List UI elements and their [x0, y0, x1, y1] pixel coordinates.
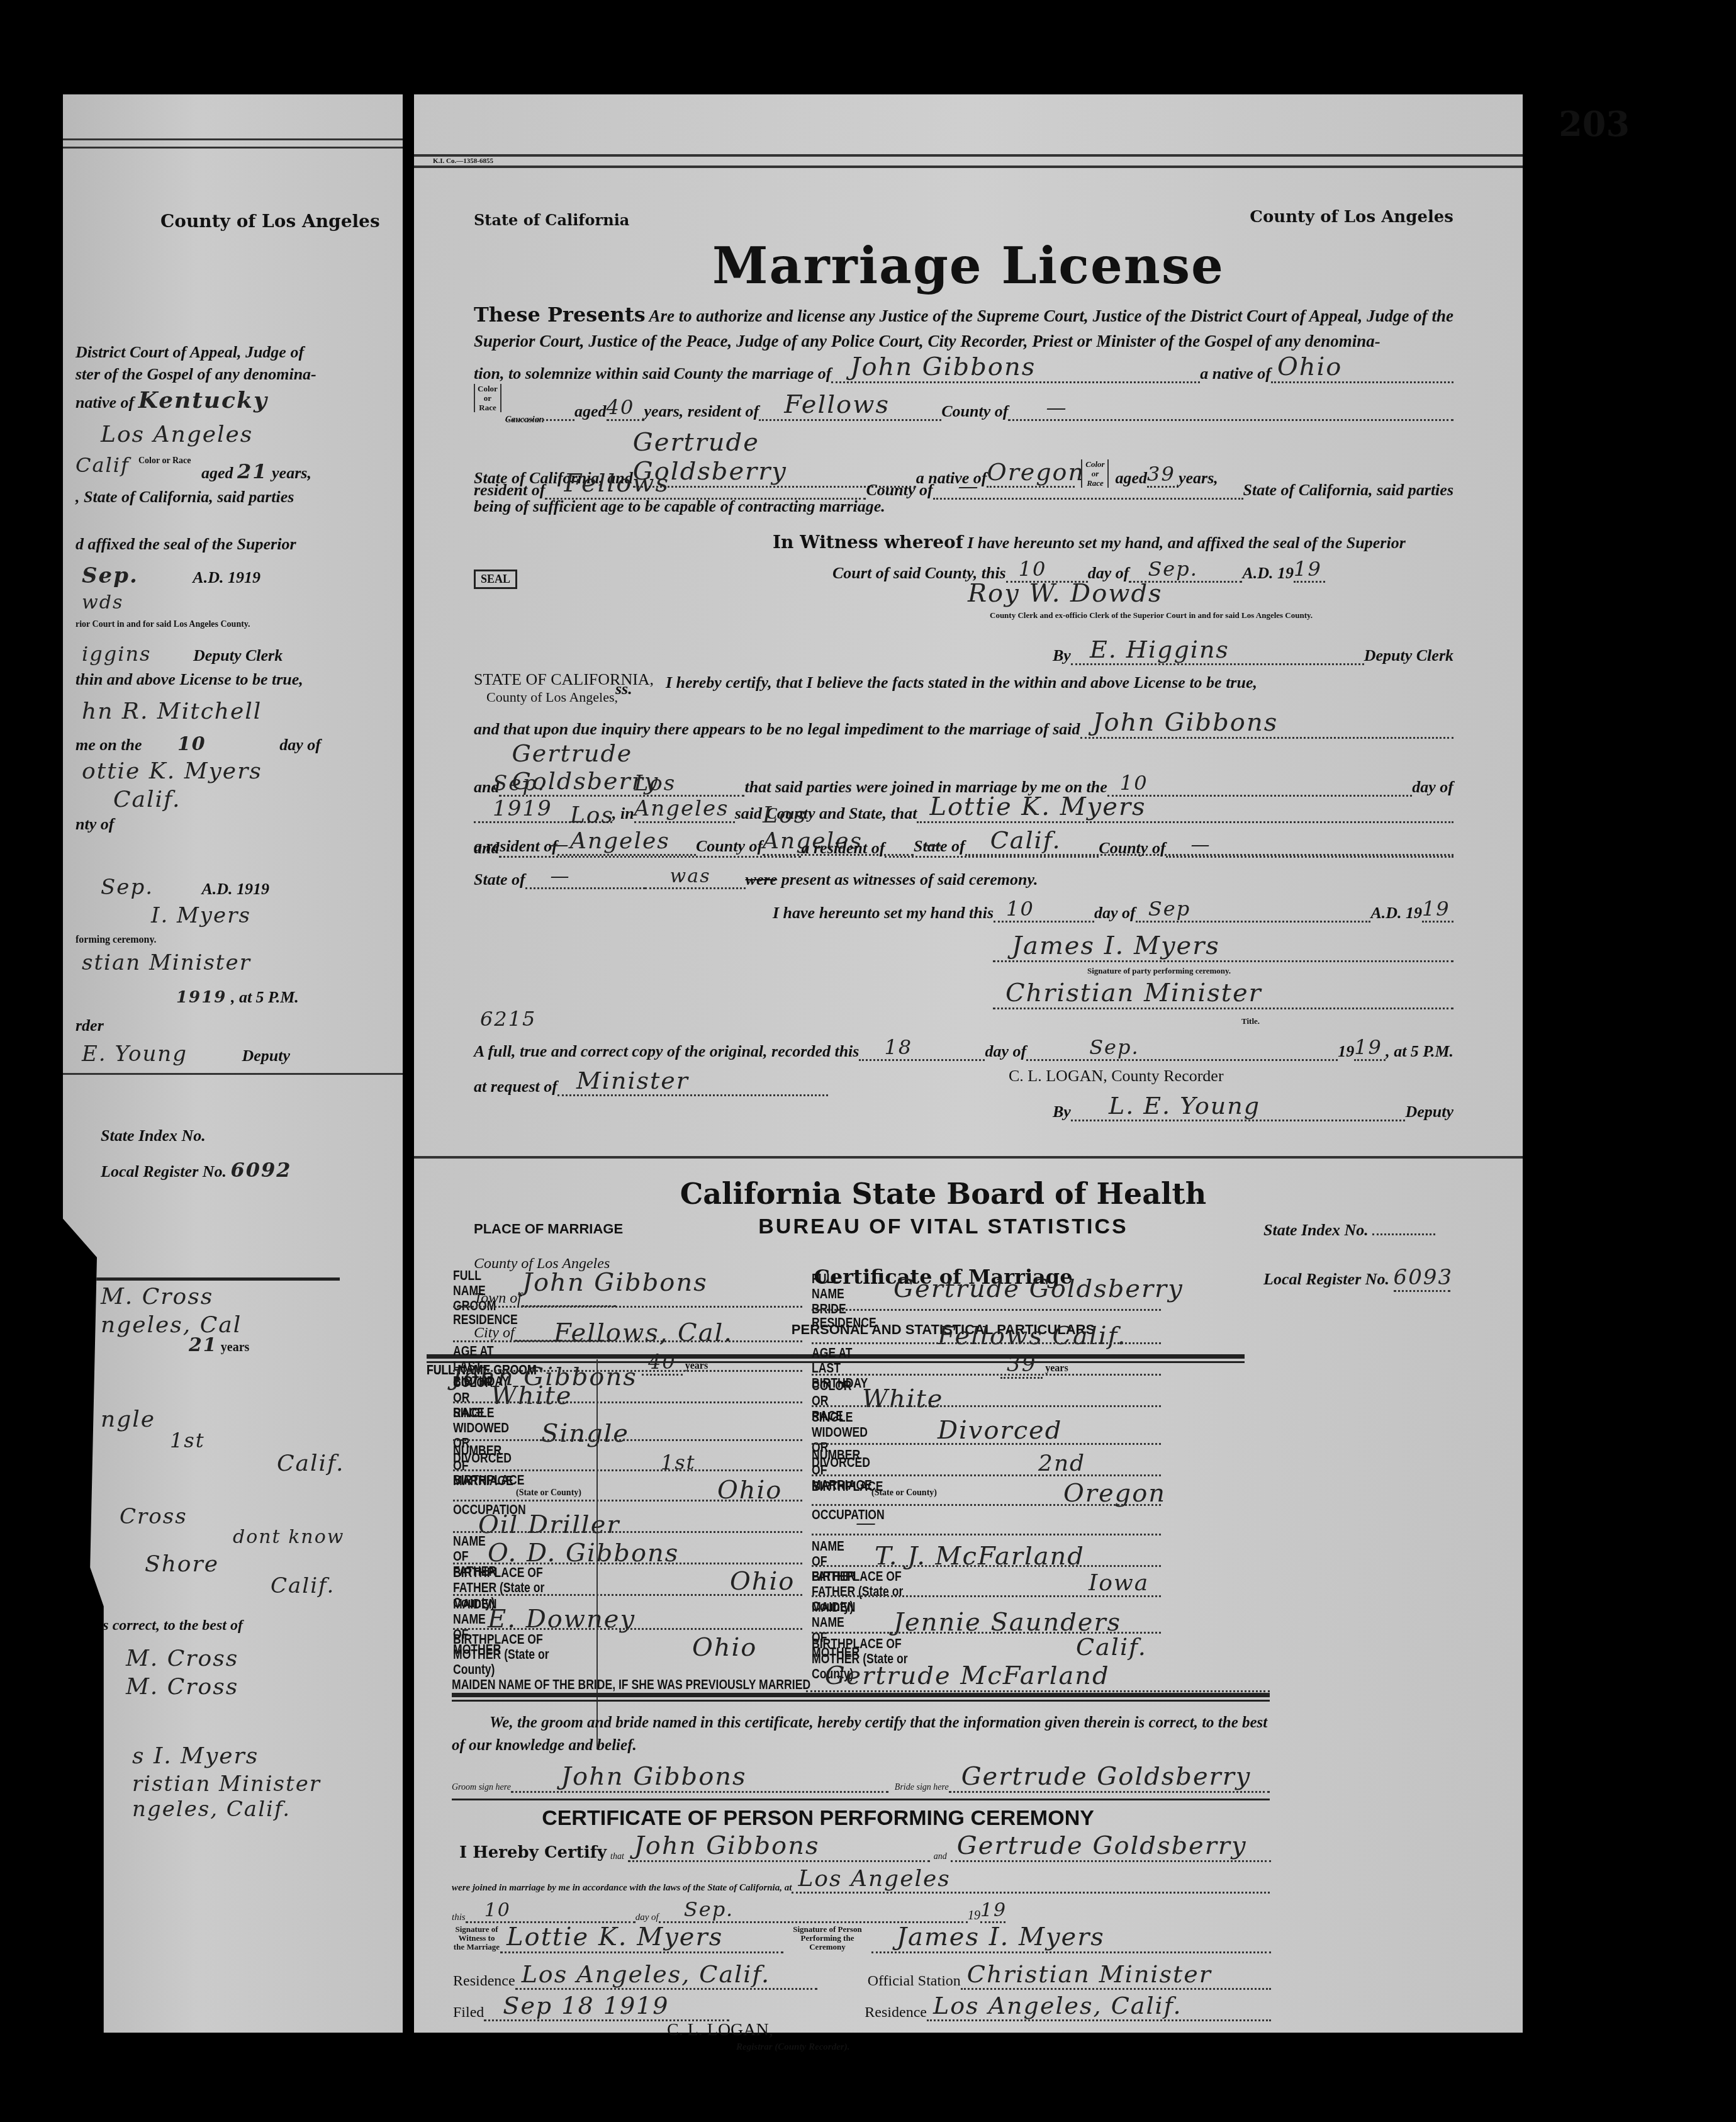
and-label-2: and	[474, 839, 499, 858]
hand-this-text: I have hereunto set my hand this	[773, 904, 994, 923]
filed-label: Filed	[453, 2004, 484, 2021]
local-register-label: Local Register No.	[1263, 1270, 1389, 1288]
recorded-time: , at 5 P.M.	[1386, 1042, 1453, 1061]
license-groom-age[interactable]: 40	[607, 395, 644, 421]
left-years-label: years,	[272, 464, 311, 482]
cer-year-prefix: 19	[968, 1909, 980, 1923]
seal-box: SEAL	[474, 570, 517, 589]
left-birthplace: Calif.	[277, 1451, 345, 1476]
left-aged-label: aged	[201, 464, 233, 482]
left-license-frag: thin and above License to be true,	[76, 670, 303, 689]
left-calif: Calif	[76, 453, 130, 477]
license-groom-native[interactable]: Ohio	[1271, 352, 1453, 383]
signatures-row: Signature of Witness to the Marriage Lot…	[453, 1923, 1271, 1953]
left-seal-frag: d affixed the seal of the Superior	[76, 535, 296, 554]
printer-mark: K.I. Co.—1358-6855	[433, 157, 493, 165]
certify-text: I hereby certify, that I believe the fac…	[666, 673, 1453, 692]
left-county-header: County of Los Angeles	[160, 211, 380, 232]
groom-sign-label: Groom sign here	[452, 1783, 511, 1793]
license-groom-county[interactable]: —	[1008, 395, 1453, 421]
groom-residence-lbl: RESIDENCE	[453, 1312, 518, 1327]
was-handwritten: was	[645, 865, 746, 889]
left-mother-birth: Calif.	[271, 1573, 335, 1598]
license-groom-line: tion, to solemnize within said County th…	[474, 352, 1453, 383]
registrar-name: C. L. LOGAN,	[667, 2020, 773, 2040]
laws-line: were joined in marriage by me in accorda…	[452, 1866, 1270, 1894]
left-day: 10	[177, 733, 206, 755]
deputy-clerk-label: Deputy Clerk	[1364, 646, 1453, 665]
witness2-resident[interactable]: —	[885, 834, 1099, 858]
state-of-label-2: State of	[474, 870, 525, 889]
bride-number-value[interactable]: 2nd	[1038, 1451, 1085, 1476]
bride-sign-label: Bride sign here	[895, 1783, 949, 1793]
performer-residence-label: Residence	[865, 2004, 927, 2021]
ss-label: ss.	[615, 680, 632, 699]
that-label: that	[610, 1852, 624, 1862]
groom-residence-value[interactable]: Fellows, Cal.	[554, 1318, 733, 1347]
left-father-birth: dont know	[233, 1526, 344, 1548]
affirm-text-2: our knowledge and belief.	[469, 1737, 637, 1754]
maiden-label: MAIDEN NAME OF THE BRIDE, IF SHE WAS PRE…	[452, 1677, 810, 1692]
left-deputy-sig-line: E. Young Deputy	[82, 1041, 290, 1067]
this-label: this	[452, 1912, 466, 1923]
recorder-deputy-line: By L. E. Young Deputy	[1053, 1092, 1453, 1121]
left-mother: Shore	[145, 1551, 219, 1577]
requester[interactable]: Minister	[557, 1067, 828, 1096]
witness-residence-label: Residence	[453, 1973, 515, 1990]
license-year[interactable]: 19	[1294, 557, 1325, 583]
witness-lead: In Witness whereof	[773, 532, 963, 553]
bride-full-name-value[interactable]: Gertrude Goldsberry	[893, 1274, 1184, 1303]
hereby-certify-line: I Hereby Certify that John Gibbons and G…	[459, 1831, 1271, 1862]
recorder-deputy[interactable]: L. E. Young	[1071, 1092, 1406, 1121]
license-county-header: County of Los Angeles	[1250, 208, 1453, 227]
left-month: Sep.	[82, 563, 138, 588]
groom-state-county-lbl: (State or County)	[516, 1488, 581, 1498]
left-groom-frag: hn R. Mitchell	[82, 699, 262, 724]
were-struck: were	[746, 870, 778, 889]
groom-full-name-value[interactable]: John Gibbons	[522, 1268, 708, 1297]
left-mid-rule	[63, 1073, 403, 1075]
deputy-clerk-line: By E. Higgins Deputy Clerk	[1053, 636, 1453, 665]
left-recorded-year: 1919	[176, 988, 227, 1007]
witness2-name[interactable]: —	[499, 834, 801, 858]
left-status: ngle	[101, 1406, 155, 1432]
years-resident-label: years, resident of	[644, 402, 759, 421]
left-native-line: native of Kentucky	[76, 387, 352, 413]
page-number: 203	[1559, 104, 1630, 144]
left-native-label: native of	[76, 393, 134, 412]
ceremony-title: CERTIFICATE OF PERSON PERFORMING CEREMON…	[0, 1806, 1523, 1831]
left-witness-frag: ottie K. Myers	[82, 758, 262, 784]
left-local-register: Local Register No. 6092	[101, 1158, 292, 1182]
maiden-name-value[interactable]: Gertrude McFarland	[806, 1661, 1270, 1692]
line3-prefix: tion, to solemnize within said County th…	[474, 364, 831, 383]
bride-residence-value[interactable]: Fellows Calif.	[938, 1322, 1127, 1350]
ad-label-2: A.D. 19	[1370, 904, 1422, 923]
left-officiant-frag: I. Myers	[151, 903, 251, 928]
left-sign-month: Sep.	[101, 875, 154, 900]
left-state-index: State Index No.	[101, 1126, 206, 1145]
present-text: present as witnesses of said ceremony.	[781, 870, 1038, 889]
cer-year[interactable]: 19	[980, 1899, 1005, 1923]
left-bride-age: 21	[237, 459, 268, 483]
request-line: at request of Minister	[474, 1067, 828, 1096]
ad-label: A.D. 19	[1242, 564, 1294, 583]
witness-signature[interactable]: Lottie K. Myers	[500, 1923, 783, 1953]
bride-father-birth-value[interactable]: Iowa	[1089, 1570, 1149, 1596]
sign-year[interactable]: 19	[1422, 897, 1453, 923]
county-of-label-4: County of	[1099, 839, 1165, 858]
cer-day-of-label: day of	[636, 1912, 659, 1923]
state-index-value[interactable]	[1372, 1233, 1435, 1235]
bride-years-lbl: years	[1045, 1363, 1068, 1374]
cer-date-line: this 10 day of Sep. 19 19	[452, 1897, 1005, 1923]
left-court-frag: rior Court in and for said Los Angeles C…	[76, 620, 250, 630]
witness-sig-label: Signature of Witness to the Marriage	[453, 1925, 500, 1951]
license-groom-name[interactable]: John Gibbons	[831, 352, 1200, 383]
section-divider	[414, 1156, 1523, 1159]
left-recorded-time: , at 5 P.M.	[231, 988, 299, 1006]
cer-groom[interactable]: John Gibbons	[628, 1831, 930, 1862]
license-groom-residence[interactable]: Fellows	[759, 390, 941, 421]
bride-signature[interactable]: Gertrude Goldsberry	[949, 1762, 1270, 1793]
deputy-label: Deputy	[1405, 1103, 1453, 1121]
left-deputy-clerk: Deputy Clerk	[193, 646, 283, 665]
recorded-day[interactable]: 18	[859, 1035, 985, 1061]
groom-birthplace-lbl: BIRTHPLACE	[453, 1473, 524, 1488]
groom-mother-birth-value[interactable]: Ohio	[692, 1633, 757, 1662]
bride-color-value[interactable]: White	[862, 1384, 943, 1413]
left-ad-year: A.D. 1919	[193, 568, 260, 587]
day-of-label-2: day of	[1094, 904, 1136, 923]
recorded-year-prefix: 19	[1338, 1042, 1354, 1061]
left-local-register-value: 6092	[231, 1158, 292, 1182]
witness2-state[interactable]: —	[525, 865, 645, 889]
left-age-years: years	[221, 1340, 250, 1354]
bride-mother-birth-value[interactable]: Calif.	[1076, 1633, 1147, 1661]
official-station-label: Official Station	[868, 1973, 961, 1990]
left-color-race: Color or Race	[138, 456, 191, 466]
cert-groom[interactable]: John Gibbons	[1080, 708, 1453, 739]
license-title: Marriage License	[414, 236, 1523, 295]
cer-month[interactable]: Sep.	[659, 1897, 968, 1923]
title-caption: Title.	[1241, 1016, 1260, 1026]
left-page: County of Los Angeles District Court of …	[63, 94, 403, 2033]
left-local-register-label: Local Register No.	[101, 1162, 227, 1181]
left-county-frag: nty of	[76, 815, 114, 834]
recorded-year[interactable]: 19	[1354, 1035, 1386, 1061]
witness2-line: and — a resident of — County of —	[474, 834, 1453, 858]
left-frag-1: District Court of Appeal, Judge of	[76, 343, 304, 362]
top-rule	[414, 154, 1523, 168]
bride-status-value[interactable]: Divorced	[938, 1416, 1062, 1445]
left-deputy-sig: E. Young	[82, 1041, 188, 1067]
left-correct-frag: ein is correct, to the best of	[76, 1617, 243, 1634]
day-of-label-3: day of	[985, 1042, 1026, 1061]
sign-rule	[452, 1799, 1270, 1800]
native-of-label: a native of	[1200, 364, 1271, 383]
officiant-signature[interactable]: James I. Myers	[993, 931, 1453, 962]
sign-month[interactable]: Sep	[1136, 897, 1371, 923]
left-aged: aged 21 years,	[201, 459, 311, 483]
left-deputy-frag: iggins	[82, 642, 151, 666]
color-race-1: Color or Race	[474, 384, 501, 412]
impediment-text: and that upon due inquiry there appears …	[474, 720, 1080, 739]
left-recorder-frag: rder	[76, 1016, 104, 1035]
left-me-on-the: me on the 10 day of	[76, 733, 321, 755]
cer-day[interactable]: 10	[466, 1899, 636, 1923]
witness2-county[interactable]: —	[1166, 834, 1453, 858]
state-parties-label: State of California, said parties	[1243, 481, 1453, 500]
registrar-caption: Registrar (County Recorder).	[736, 2042, 849, 2053]
filed-row: Filed Sep 18 1919 Residence Los Angeles,…	[453, 1992, 1271, 2021]
left-bride-age-2: 21	[189, 1334, 218, 1356]
official-station[interactable]: Christian Minister	[961, 1960, 1271, 1990]
local-register-value[interactable]: 6093	[1394, 1265, 1450, 1292]
left-title-frag: stian Minister	[82, 950, 251, 975]
left-father: Cross	[120, 1504, 188, 1529]
license-bride-county[interactable]: —	[933, 474, 1243, 500]
witness-line: In Witness whereof I have hereunto set m…	[773, 532, 1453, 553]
recorded-month[interactable]: Sep.	[1026, 1035, 1338, 1061]
by-label-2: By	[1053, 1103, 1071, 1121]
aged-label: aged	[574, 402, 607, 421]
maiden-name-line: MAIDEN NAME OF THE BRIDE, IF SHE WAS PRE…	[452, 1661, 1270, 1692]
deputy-signature[interactable]: E. Higgins	[1071, 636, 1364, 665]
witness-residence[interactable]: Los Angeles, Calif.	[515, 1960, 817, 1990]
by-label: By	[1053, 646, 1071, 665]
left-bride-sign: M. Cross	[126, 1646, 238, 1671]
left-sign-line: Sep. A.D. 1919	[101, 875, 269, 900]
cer-place[interactable]: Los Angeles	[792, 1866, 1270, 1894]
hereby-certify: I Hereby Certify	[459, 1843, 607, 1862]
license-presents: These Presents Are to authorize and lice…	[474, 302, 1453, 354]
performer-sig-label: Signature of Person Performing the Cerem…	[793, 1925, 862, 1951]
table-bottom-rule	[452, 1693, 1270, 1702]
left-station: ristian Minister	[132, 1771, 321, 1797]
left-clerk-frag: wds	[82, 592, 123, 614]
groom-signature[interactable]: John Gibbons	[511, 1762, 888, 1793]
left-groom-native: Kentucky	[138, 387, 268, 413]
bride-particulars: FULL NAME BRIDE Gertrude Goldsberry RESI…	[812, 1262, 1161, 1652]
license-age-line: aged 40 years, resident of Fellows Count…	[505, 390, 1453, 421]
a-resident-of-2: a resident of	[801, 839, 885, 858]
presents-text-1: Are to authorize and license any Justice…	[649, 306, 1427, 325]
bride-residence-lbl: RESIDENCE	[812, 1315, 876, 1330]
state-index: State Index No.	[1263, 1221, 1435, 1240]
state-index-label: State Index No.	[1263, 1221, 1369, 1239]
sign-here-line: Groom sign here John Gibbons Bride sign …	[452, 1762, 1270, 1793]
county-of-label: County of	[941, 402, 1008, 421]
and-label-cer: and	[934, 1852, 947, 1862]
groom-status-value[interactable]: Single	[541, 1419, 629, 1448]
sign-day[interactable]: 10	[994, 897, 1094, 923]
clerk-signature: Roy W. Dowds	[968, 579, 1163, 608]
license-state-header: State of California	[474, 211, 629, 229]
local-register: Local Register No. 6093	[1263, 1265, 1450, 1292]
left-performer: s I. Myers	[132, 1743, 259, 1769]
left-bride-name: M. Cross	[101, 1284, 213, 1310]
board-title: California State Board of Health	[414, 1177, 1523, 1211]
residence-row: Residence Los Angeles, Calif. Official S…	[453, 1960, 1271, 1990]
clerk-caption: County Clerk and ex-officio Clerk of the…	[990, 610, 1313, 620]
left-deputy-line: iggins Deputy Clerk	[82, 642, 283, 666]
left-deputy-label: Deputy	[242, 1047, 290, 1065]
left-state-parties: , State of California, said parties	[76, 488, 294, 507]
sufficient-age-text: being of sufficient age to be capable of…	[474, 497, 885, 516]
hand-this-line: I have hereunto set my hand this 10 day …	[773, 897, 1453, 923]
bride-occupation-value[interactable]: —	[856, 1510, 877, 1534]
bride-state-county-lbl: (State or County)	[871, 1488, 937, 1498]
left-age-line: 21 years	[189, 1334, 249, 1356]
license-bride-residence[interactable]: Fellows	[545, 469, 866, 500]
left-top-rule	[63, 138, 403, 149]
impediment-line: and that upon due inquiry there appears …	[474, 708, 1453, 739]
groom-occupation-value[interactable]: Oil Driller	[478, 1510, 620, 1539]
left-cer-bride: M. Cross	[126, 1674, 238, 1700]
officiant-caption: Signature of party performing ceremony.	[1087, 966, 1231, 976]
request-label: at request of	[474, 1077, 557, 1096]
officiant-title[interactable]: Christian Minister	[993, 979, 1453, 1009]
presents-lead: These Presents	[474, 303, 646, 327]
left-frag-2: ster of the Gospel of any denomina-	[76, 365, 316, 384]
left-performing-frag: forming ceremony.	[76, 935, 157, 946]
left-me-on-the-label: me on the	[76, 736, 142, 754]
ceremony-title-text: CERTIFICATE OF PERSON PERFORMING CEREMON…	[542, 1806, 1094, 1830]
filed-date[interactable]: Sep 18 1919	[484, 1992, 729, 2021]
present-line: State of — was were present as witnesses…	[474, 865, 1038, 889]
recorder-label: C. L. LOGAN, County Recorder	[1009, 1067, 1224, 1086]
recorded-line: A full, true and correct copy of the ori…	[474, 1035, 1453, 1061]
groom-particulars: FULL NAME GROOM John Gibbons RESIDENCE F…	[453, 1262, 802, 1652]
bride-age-line: 39 years	[1000, 1352, 1068, 1377]
affirm-text: We, the groom and bride named in this ce…	[452, 1712, 1270, 1757]
left-recorded-line: 1919 , at 5 P.M.	[176, 988, 299, 1007]
performer-signature[interactable]: James I. Myers	[871, 1923, 1271, 1953]
groom-father-birth-value[interactable]: Ohio	[730, 1567, 795, 1596]
license-bride-residence-line: resident of Fellows County of — State of…	[474, 469, 1453, 500]
left-day-of: day of	[279, 736, 321, 754]
cer-bride[interactable]: Gertrude Goldsberry	[951, 1831, 1271, 1862]
left-sign-year: A.D. 1919	[202, 880, 270, 898]
left-state-frag: Calif.	[113, 787, 181, 812]
performer-residence[interactable]: Los Angeles, Calif.	[927, 1992, 1271, 2021]
left-number: 1st	[170, 1429, 205, 1452]
left-residence: Los Angeles	[101, 422, 253, 447]
witness-text: I have hereunto set my hand, and affixed…	[967, 534, 1406, 552]
left-table-rule	[88, 1277, 340, 1281]
record-number: 6215	[480, 1007, 536, 1031]
left-date-line: Sep. A.D. 1919	[82, 563, 260, 588]
joined-laws-text: were joined in marriage by me in accorda…	[452, 1883, 792, 1894]
recorded-text: A full, true and correct copy of the ori…	[474, 1042, 859, 1061]
